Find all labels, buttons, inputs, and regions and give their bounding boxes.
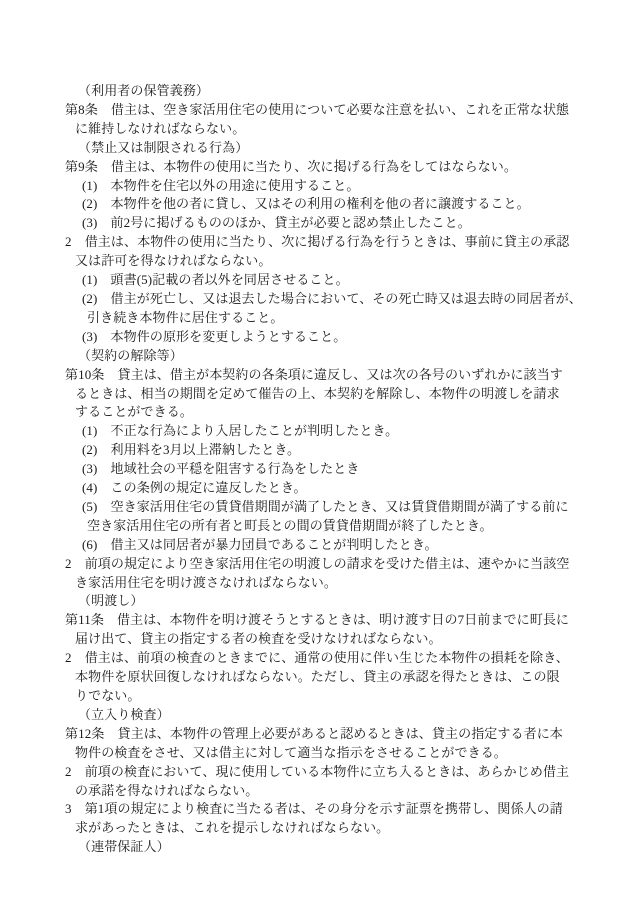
document-line: 第11条 借主は、本物件を明け渡そうとするときは、明け渡す日の7日前までに町長に	[65, 611, 595, 630]
document-text-block: （利用者の保管義務）第8条 借主は、空き家活用住宅の使用について必要な注意を払い…	[65, 82, 595, 857]
document-line: の承諾を得なければならない。	[65, 782, 595, 801]
document-line: することができる。	[65, 403, 595, 422]
document-line: (5) 空き家活用住宅の賃貸借期間が満了したとき、又は賃貸借期間が満了する前に	[65, 498, 595, 517]
document-line: （立入り検査）	[65, 706, 595, 725]
document-line: 2 前項の規定により空き家活用住宅の明渡しの請求を受けた借主は、速やかに当該空	[65, 555, 595, 574]
document-line: き家活用住宅を明け渡さなければならない。	[65, 574, 595, 593]
document-line: (3) 地域社会の平穏を阻害する行為をしたとき	[65, 460, 595, 479]
document-line: (1) 頭書(5)記載の者以外を同居させること。	[65, 271, 595, 290]
document-line: (1) 本物件を住宅以外の用途に使用すること。	[65, 177, 595, 196]
document-line: （連帯保証人）	[65, 838, 595, 857]
document-line: 2 借主は、本物件の使用に当たり、次に掲げる行為を行うときは、事前に貸主の承認	[65, 233, 595, 252]
document-line: 空き家活用住宅の所有者と町長との間の賃貸借期間が終了したとき。	[65, 517, 595, 536]
document-line: 第12条 貸主は、本物件の管理上必要があると認めるときは、貸主の指定する者に本	[65, 725, 595, 744]
document-line: るときは、相当の期間を定めて催告の上、本契約を解除し、本物件の明渡しを請求	[65, 385, 595, 404]
document-line: りでない。	[65, 687, 595, 706]
document-line: （利用者の保管義務）	[65, 82, 595, 101]
document-line: 物件の検査をさせ、又は借主に対して適当な指示をさせることができる。	[65, 744, 595, 763]
document-line: 求があったときは、これを提示しなければならない。	[65, 819, 595, 838]
document-line: （契約の解除等）	[65, 347, 595, 366]
document-line: （明渡し）	[65, 592, 595, 611]
document-line: (1) 不正な行為により入居したことが判明したとき。	[65, 422, 595, 441]
document-line: 又は許可を得なければならない。	[65, 252, 595, 271]
document-line: (2) 借主が死亡し、又は退去した場合において、その死亡時又は退去時の同居者が、	[65, 290, 595, 309]
document-line: 2 前項の検査において、現に使用している本物件に立ち入るときは、あらかじめ借主	[65, 763, 595, 782]
document-page: （利用者の保管義務）第8条 借主は、空き家活用住宅の使用について必要な注意を払い…	[0, 0, 630, 915]
document-line: 第8条 借主は、空き家活用住宅の使用について必要な注意を払い、これを正常な状態	[65, 101, 595, 120]
document-line: 引き続き本物件に居住すること。	[65, 309, 595, 328]
document-line: 届け出て、貸主の指定する者の検査を受けなければならない。	[65, 630, 595, 649]
document-line: (3) 前2号に掲げるもののほか、貸主が必要と認め禁止したこと。	[65, 214, 595, 233]
document-line: (3) 本物件の原形を変更しようとすること。	[65, 328, 595, 347]
document-line: 3 第1項の規定により検査に当たる者は、その身分を示す証票を携帯し、関係人の請	[65, 800, 595, 819]
document-line: に維持しなければならない。	[65, 120, 595, 139]
document-line: 本物件を原状回復しなければならない。ただし、貸主の承認を得たときは、この限	[65, 668, 595, 687]
document-line: 第10条 貸主は、借主が本契約の各条項に違反し、又は次の各号のいずれかに該当す	[65, 366, 595, 385]
document-line: (2) 本物件を他の者に貸し、又はその利用の権利を他の者に譲渡すること。	[65, 195, 595, 214]
document-line: (4) この条例の規定に違反したとき。	[65, 479, 595, 498]
document-line: （禁止又は制限される行為）	[65, 139, 595, 158]
document-line: 2 借主は、前項の検査のときまでに、通常の使用に伴い生じた本物件の損耗を除き、	[65, 649, 595, 668]
document-line: (6) 借主又は同居者が暴力団員であることが判明したとき。	[65, 536, 595, 555]
document-line: 第9条 借主は、本物件の使用に当たり、次に掲げる行為をしてはならない。	[65, 158, 595, 177]
document-line: (2) 利用料を3月以上滞納したとき。	[65, 441, 595, 460]
